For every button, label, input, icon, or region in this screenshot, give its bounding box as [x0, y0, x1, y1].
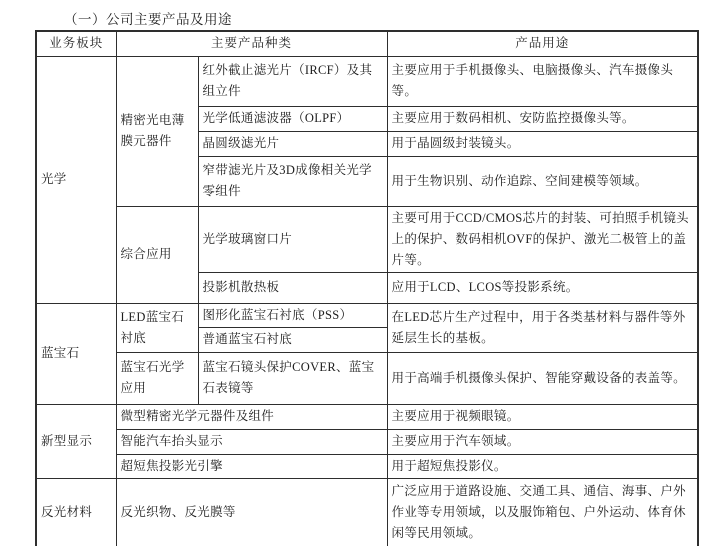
product-cell: 晶圆级滤光片: [198, 131, 387, 156]
product-cell: 光学玻璃窗口片: [198, 206, 387, 272]
use-cell: 主要应用于手机摄像头、电脑摄像头、汽车摄像头等。: [387, 56, 698, 106]
product-cell: 智能汽车抬头显示: [116, 429, 387, 454]
product-cell: 微型精密光学元器件及组件: [116, 404, 387, 429]
table-row: 新型显示 微型精密光学元器件及组件 主要应用于视频眼镜。: [36, 404, 698, 429]
col-header-uses: 产品用途: [387, 31, 698, 56]
category-cell-led-substrate: LED蓝宝石衬底: [116, 303, 198, 352]
document-page: （一）公司主要产品及用途 业务板块 主要产品种类 产品用途 光学 精密光电薄膜元…: [0, 0, 701, 546]
product-cell: 超短焦投影光引擎: [116, 454, 387, 478]
col-header-products: 主要产品种类: [116, 31, 387, 56]
use-cell: 主要可用于CCD/CMOS芯片的封装、可拍照手机镜头上的保护、数码相机OVF的保…: [387, 206, 698, 272]
use-cell: 主要应用于数码相机、安防监控摄像头等。: [387, 106, 698, 131]
product-cell: 窄带滤光片及3D成像相关光学零组件: [198, 156, 387, 206]
table-row: 光学 精密光电薄膜元器件 红外截止滤光片（IRCF）及其组立件 主要应用于手机摄…: [36, 56, 698, 106]
segment-cell-reflective: 反光材料: [36, 478, 116, 546]
products-table: 业务板块 主要产品种类 产品用途 光学 精密光电薄膜元器件 红外截止滤光片（IR…: [35, 30, 699, 546]
product-cell: 光学低通滤波器（OLPF）: [198, 106, 387, 131]
table-row: 超短焦投影光引擎 用于超短焦投影仪。: [36, 454, 698, 478]
use-cell: 主要应用于视频眼镜。: [387, 404, 698, 429]
category-cell-comprehensive: 综合应用: [116, 206, 198, 303]
segment-cell-optics: 光学: [36, 56, 116, 303]
table-row: 蓝宝石光学应用 蓝宝石镜头保护COVER、蓝宝石表镜等 用于高端手机摄像头保护、…: [36, 352, 698, 404]
product-cell: 红外截止滤光片（IRCF）及其组立件: [198, 56, 387, 106]
table-row: 蓝宝石 LED蓝宝石衬底 图形化蓝宝石衬底（PSS） 在LED芯片生产过程中，用…: [36, 303, 698, 327]
category-cell-sapphire-optics: 蓝宝石光学应用: [116, 352, 198, 404]
product-cell: 投影机散热板: [198, 272, 387, 303]
use-cell: 用于生物识别、动作追踪、空间建模等领域。: [387, 156, 698, 206]
use-cell: 主要应用于汽车领域。: [387, 429, 698, 454]
use-cell: 应用于LCD、LCOS等投影系统。: [387, 272, 698, 303]
table-row: 反光材料 反光织物、反光膜等 广泛应用于道路设施、交通工具、通信、海事、户外作业…: [36, 478, 698, 546]
use-cell: 广泛应用于道路设施、交通工具、通信、海事、户外作业等专用领域，以及服饰箱包、户外…: [387, 478, 698, 546]
product-cell: 图形化蓝宝石衬底（PSS）: [198, 303, 387, 327]
use-cell: 在LED芯片生产过程中，用于各类基材料与器件等外延层生长的基板。: [387, 303, 698, 352]
product-cell: 蓝宝石镜头保护COVER、蓝宝石表镜等: [198, 352, 387, 404]
segment-cell-new-display: 新型显示: [36, 404, 116, 478]
table-row: 综合应用 光学玻璃窗口片 主要可用于CCD/CMOS芯片的封装、可拍照手机镜头上…: [36, 206, 698, 272]
header-row: 业务板块 主要产品种类 产品用途: [36, 31, 698, 56]
col-header-segment: 业务板块: [36, 31, 116, 56]
use-cell: 用于晶圆级封装镜头。: [387, 131, 698, 156]
category-cell-thin-film: 精密光电薄膜元器件: [116, 56, 198, 206]
segment-cell-sapphire: 蓝宝石: [36, 303, 116, 404]
use-cell: 用于高端手机摄像头保护、智能穿戴设备的表盖等。: [387, 352, 698, 404]
use-cell: 用于超短焦投影仪。: [387, 454, 698, 478]
product-cell: 普通蓝宝石衬底: [198, 327, 387, 352]
product-cell: 反光织物、反光膜等: [116, 478, 387, 546]
table-row: 智能汽车抬头显示 主要应用于汽车领域。: [36, 429, 698, 454]
page-title: （一）公司主要产品及用途: [64, 8, 232, 28]
